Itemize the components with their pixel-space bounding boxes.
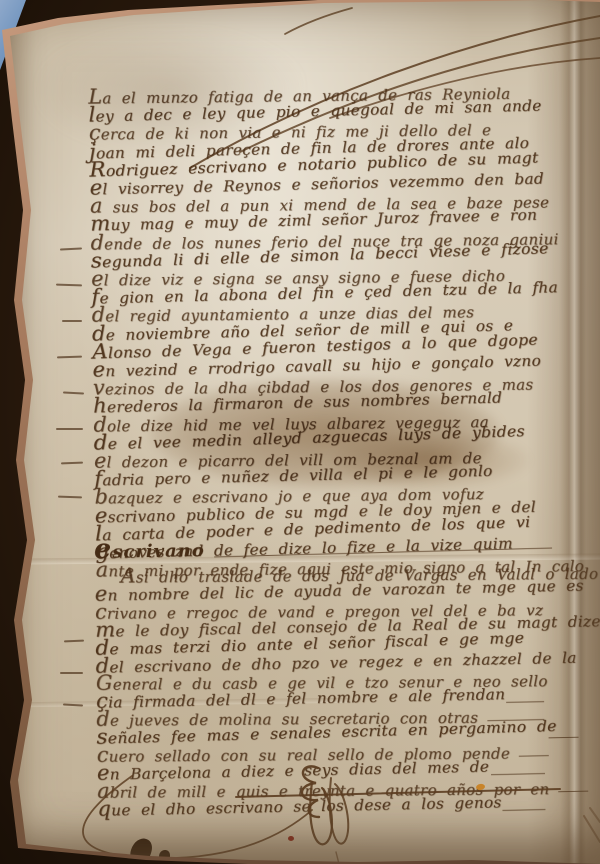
manuscript-page: La el munzo fatiga de an vança de ras Re…	[0, 0, 600, 864]
page-edge-shadow	[0, 0, 600, 864]
photograph-scene: La el munzo fatiga de an vança de ras Re…	[0, 0, 600, 864]
